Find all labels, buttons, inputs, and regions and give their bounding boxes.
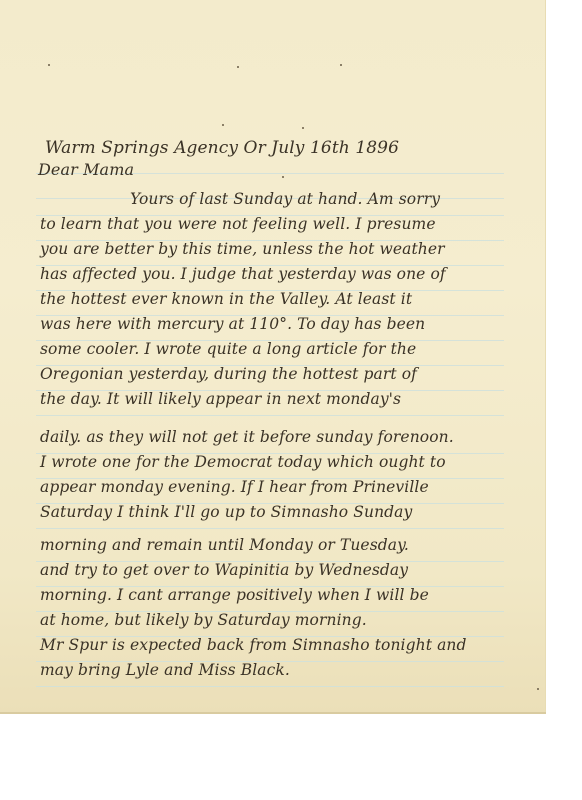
letter-heading: Warm Springs Agency Or July 16th 1896 xyxy=(45,138,399,158)
letter-line: you are better by this time, unless the … xyxy=(40,240,445,258)
ruled-line xyxy=(36,686,504,687)
letter-line: Mr Spur is expected back from Simnasho t… xyxy=(40,636,467,654)
letter-salutation: Dear Mama xyxy=(38,160,134,179)
ruled-line xyxy=(36,528,504,529)
letter-line: I wrote one for the Democrat today which… xyxy=(40,453,446,471)
letter-line: to learn that you were not feeling well.… xyxy=(40,215,436,233)
paper-speck xyxy=(48,64,50,66)
letter-line: daily. as they will not get it before su… xyxy=(40,428,454,446)
letter-line: Oregonian yesterday, during the hottest … xyxy=(40,365,417,383)
letter-line: appear monday evening. If I hear from Pr… xyxy=(40,478,429,496)
letter-line: at home, but likely by Saturday morning. xyxy=(40,611,367,629)
letter-line: and try to get over to Wapinitia by Wedn… xyxy=(40,561,408,579)
paper-speck xyxy=(222,124,224,126)
letter-line: may bring Lyle and Miss Black. xyxy=(40,661,290,679)
letter-page: Warm Springs Agency Or July 16th 1896 De… xyxy=(0,0,546,714)
paper-speck xyxy=(537,688,539,690)
letter-line: Yours of last Sunday at hand. Am sorry xyxy=(130,190,440,208)
paper-speck xyxy=(282,176,284,178)
paper-speck xyxy=(237,66,239,68)
letter-line: the hottest ever known in the Valley. At… xyxy=(40,290,412,308)
ruled-line xyxy=(36,415,504,416)
paper-speck xyxy=(302,127,304,129)
letter-line: some cooler. I wrote quite a long articl… xyxy=(40,340,416,358)
letter-line: morning and remain until Monday or Tuesd… xyxy=(40,536,409,554)
letter-line: morning. I cant arrange positively when … xyxy=(40,586,429,604)
letter-line: has affected you. I judge that yesterday… xyxy=(40,265,446,283)
paper-speck xyxy=(340,64,342,66)
letter-line: Saturday I think I'll go up to Simnasho … xyxy=(40,503,412,521)
letter-line: was here with mercury at 110°. To day ha… xyxy=(40,315,425,333)
letter-line: the day. It will likely appear in next m… xyxy=(40,390,401,408)
